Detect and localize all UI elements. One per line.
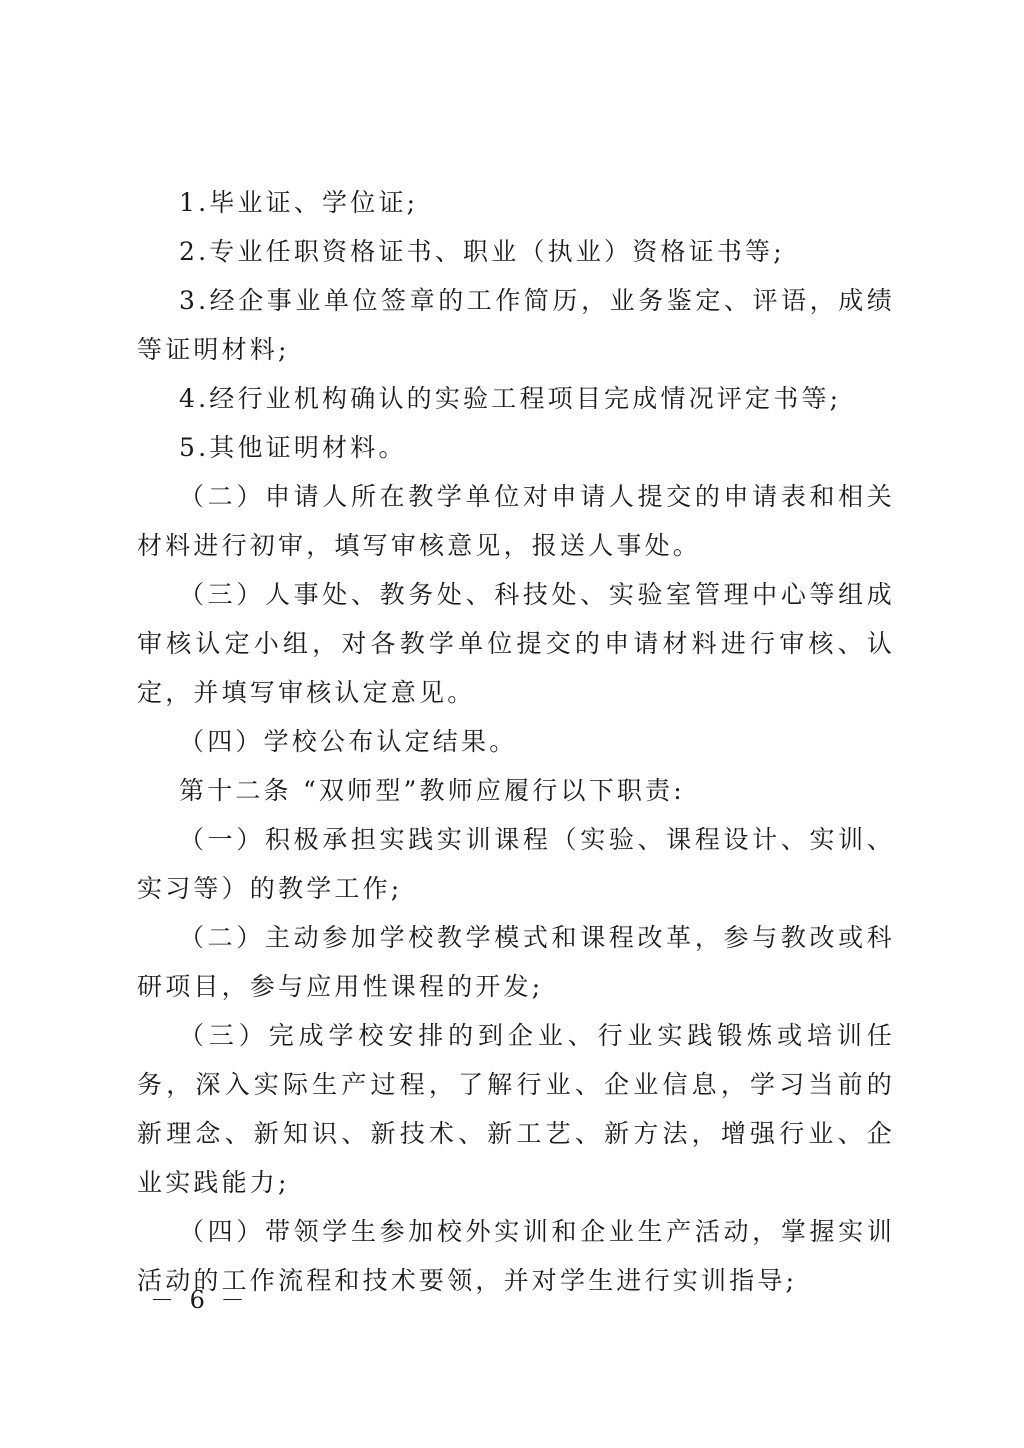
duty-industry-practice: （三）完成学校安排的到企业、行业实践锻炼或培训任务，深入实际生产过程，了解行业、… (137, 1011, 895, 1207)
document-body: 1.毕业证、学位证; 2.专业任职资格证书、职业（执业）资格证书等; 3.经企事… (137, 178, 895, 1305)
list-item-diploma: 1.毕业证、学位证; (137, 178, 895, 227)
duty-student-training: （四）带领学生参加校外实训和企业生产活动，掌握实训活动的工作流程和技术要领，并对… (137, 1207, 895, 1305)
clause-review-committee: （三）人事处、教务处、科技处、实验室管理中心等组成审核认定小组，对各教学单位提交… (137, 570, 895, 717)
clause-publish-results: （四）学校公布认定结果。 (137, 717, 895, 766)
duty-practical-courses: （一）积极承担实践实训课程（实验、课程设计、实训、实习等）的教学工作; (137, 815, 895, 913)
duty-teaching-reform: （二）主动参加学校教学模式和课程改革，参与教改或科研项目，参与应用性课程的开发; (137, 913, 895, 1011)
article-twelve-heading: 第十二条 “双师型”教师应履行以下职责: (137, 766, 895, 815)
list-item-qualification-certificates: 2.专业任职资格证书、职业（执业）资格证书等; (137, 227, 895, 276)
list-item-other-materials: 5.其他证明材料。 (137, 423, 895, 472)
document-page: 1.毕业证、学位证; 2.专业任职资格证书、职业（执业）资格证书等; 3.经企事… (0, 0, 1024, 1448)
list-item-work-history: 3.经企事业单位签章的工作简历，业务鉴定、评语，成绩等证明材料; (137, 276, 895, 374)
clause-preliminary-review: （二）申请人所在教学单位对申请人提交的申请表和相关材料进行初审，填写审核意见，报… (137, 472, 895, 570)
page-number: － 6 － (150, 1280, 249, 1315)
list-item-project-evaluation: 4.经行业机构确认的实验工程项目完成情况评定书等; (137, 374, 895, 423)
